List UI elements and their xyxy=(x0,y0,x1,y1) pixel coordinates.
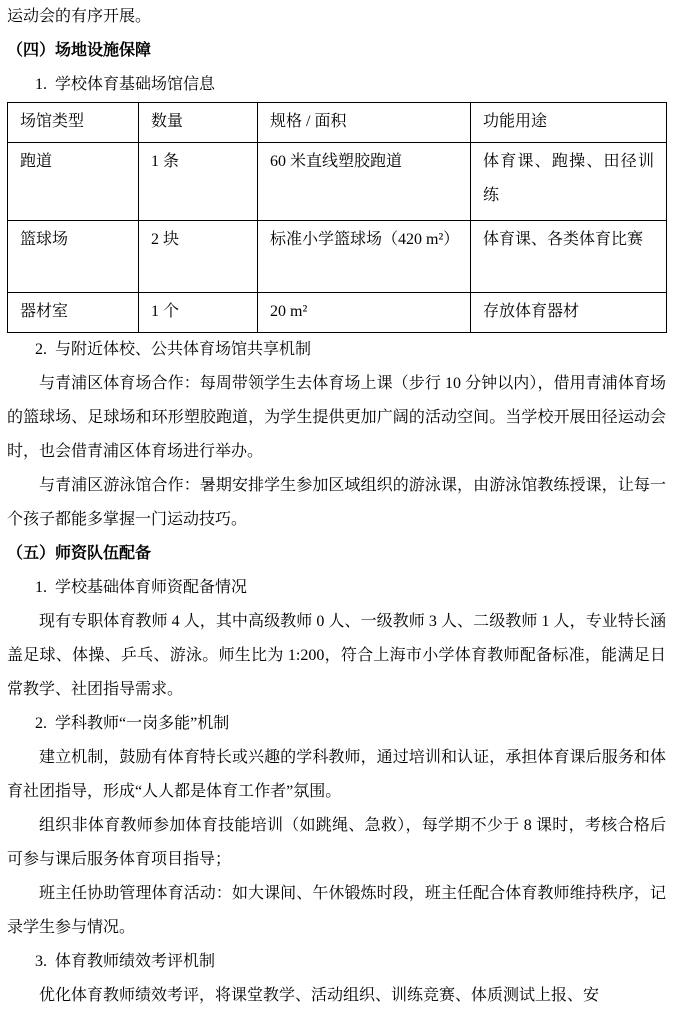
paragraph-headteacher-assist: 班主任协助管理体育活动：如大课间、午休锻炼时段，班主任配合体育教师维持秩序，记录… xyxy=(7,877,666,945)
table-cell-quantity: 2 块 xyxy=(139,221,258,293)
table-row-track: 跑道 1 条 60 米直线塑胶跑道 体育课、跑操、田径训练 xyxy=(8,143,667,221)
paragraph-teacher-staffing: 现有专职体育教师 4 人，其中高级教师 0 人、一级教师 3 人、二级教师 1 … xyxy=(7,605,666,707)
paragraph-swimming-cooperation: 与青浦区游泳馆合作：暑期安排学生参加区域组织的游泳课，由游泳馆教练授课，让每一个… xyxy=(7,469,666,537)
table-cell-spec-area: 标准小学篮球场（420 m²） xyxy=(258,221,471,293)
table-cell-venue-type: 篮球场 xyxy=(8,221,139,293)
paragraph-multi-role-mechanism: 建立机制，鼓励有体育特长或兴趣的学科教师，通过培训和认证，承担体育课后服务和体育… xyxy=(7,741,666,809)
table-header-venue-type: 场馆类型 xyxy=(8,103,139,143)
table-cell-function: 存放体育器材 xyxy=(471,293,667,333)
table-cell-spec-area: 20 m² xyxy=(258,293,471,333)
list-item-multi-role: 2. 学科教师“一岗多能”机制 xyxy=(7,707,666,741)
venues-table: 场馆类型 数量 规格 / 面积 功能用途 跑道 1 条 60 米直线塑胶跑道 体… xyxy=(7,102,667,333)
paragraph-stadium-cooperation: 与青浦区体育场合作：每周带领学生去体育场上课（步行 10 分钟以内），借用青浦体… xyxy=(7,367,666,469)
document-page: 运动会的有序开展。 （四）场地设施保障 1. 学校体育基础场馆信息 场馆类型 数… xyxy=(0,0,673,1013)
intro-continuation-text: 运动会的有序开展。 xyxy=(7,0,666,34)
table-row-equipment-room: 器材室 1 个 20 m² 存放体育器材 xyxy=(8,293,667,333)
section-4-heading: （四）场地设施保障 xyxy=(7,34,666,68)
table-row-basketball-court: 篮球场 2 块 标准小学篮球场（420 m²） 体育课、各类体育比赛 xyxy=(8,221,667,293)
table-cell-venue-type: 器材室 xyxy=(8,293,139,333)
table-cell-venue-type: 跑道 xyxy=(8,143,139,221)
list-item-appraisal: 3. 体育教师绩效考评机制 xyxy=(7,945,666,979)
paragraph-skills-training: 组织非体育教师参加体育技能培训（如跳绳、急救），每学期不少于 8 课时，考核合格… xyxy=(7,809,666,877)
list-item-sharing-mechanism: 2. 与附近体校、公共体育场馆共享机制 xyxy=(7,333,666,367)
table-cell-function: 体育课、各类体育比赛 xyxy=(471,221,667,293)
list-item-basic-staffing: 1. 学校基础体育师资配备情况 xyxy=(7,571,666,605)
table-cell-quantity: 1 个 xyxy=(139,293,258,333)
table-cell-function: 体育课、跑操、田径训练 xyxy=(471,143,667,221)
table-header-function: 功能用途 xyxy=(471,103,667,143)
venues-table-header-row: 场馆类型 数量 规格 / 面积 功能用途 xyxy=(8,103,667,143)
table-cell-quantity: 1 条 xyxy=(139,143,258,221)
list-item-school-venues: 1. 学校体育基础场馆信息 xyxy=(7,68,666,102)
paragraph-appraisal-optimization: 优化体育教师绩效考评，将课堂教学、活动组织、训练竞赛、体质测试上报、安 xyxy=(7,979,666,1013)
table-header-spec-area: 规格 / 面积 xyxy=(258,103,471,143)
section-5-heading: （五）师资队伍配备 xyxy=(7,537,666,571)
table-header-quantity: 数量 xyxy=(139,103,258,143)
table-cell-spec-area: 60 米直线塑胶跑道 xyxy=(258,143,471,221)
